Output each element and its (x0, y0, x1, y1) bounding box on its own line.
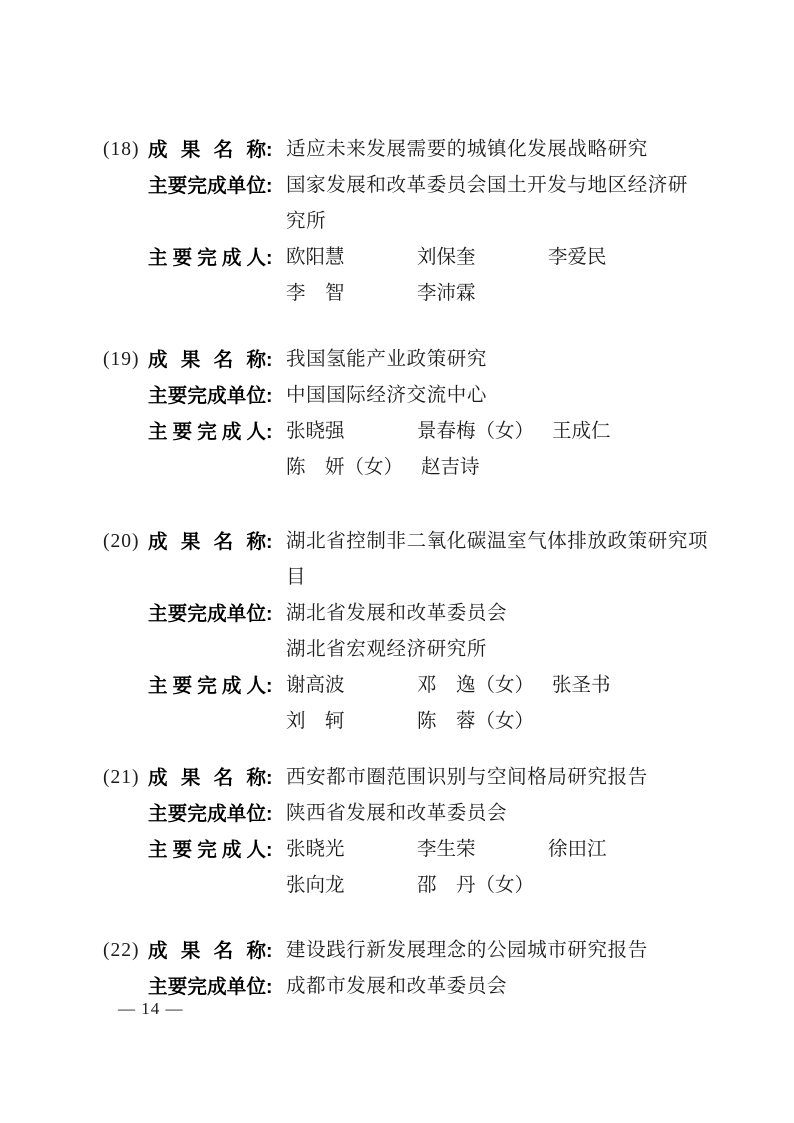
unit-row: 主要完成单位: 成都市发展和改革委员会 (103, 969, 734, 1005)
people-row-group: 主要完成人: 张晓光 李生荣 徐田江 张向龙 邵 丹（女） (103, 832, 734, 904)
unit-row: 主要完成单位: 湖北省发展和改革委员会 湖北省宏观经济研究所 (103, 596, 734, 668)
label-colon: : (266, 342, 273, 378)
person-name: 欧阳慧 (286, 240, 399, 276)
entry-number: (19) (103, 342, 148, 378)
person-name: 李沛霖 (417, 276, 530, 312)
achievement-entry-18: (18) 成果名称: 适应未来发展需要的城镇化发展战略研究 主要完成单位: 国家… (103, 132, 734, 312)
people-line: 陈 妍（女） 赵吉诗 (286, 450, 734, 486)
unit-row: 主要完成单位: 中国国际经济交流中心 (103, 378, 734, 414)
people-value: 张晓光 李生荣 徐田江 张向龙 邵 丹（女） (286, 832, 734, 904)
person-name: 张向龙 (286, 868, 399, 904)
title-line: 西安都市圈范围识别与空间格局研究报告 (286, 760, 734, 796)
field-label-people: 主要完成人: (148, 414, 286, 450)
title-line: 湖北省控制非二氧化碳温室气体排放政策研究项 (286, 524, 734, 560)
field-label-name: 成果名称: (148, 132, 286, 168)
field-label-people: 主要完成人: (148, 668, 286, 704)
achievement-entry-21: (21) 成果名称: 西安都市圈范围识别与空间格局研究报告 主要完成单位: 陕西… (103, 760, 734, 904)
field-label-unit: 主要完成单位: (148, 378, 286, 414)
title-value: 我国氢能产业政策研究 (286, 342, 734, 378)
people-line: 张晓光 李生荣 徐田江 (286, 832, 734, 868)
title-value: 湖北省控制非二氧化碳温室气体排放政策研究项 目 (286, 524, 734, 596)
label-colon: : (266, 796, 273, 832)
title-value: 西安都市圈范围识别与空间格局研究报告 (286, 760, 734, 796)
title-row: (22) 成果名称: 建设践行新发展理念的公园城市研究报告 (103, 933, 734, 969)
person-name: 李爱民 (548, 240, 661, 276)
field-label-people: 主要完成人: (148, 240, 286, 276)
label-colon: : (266, 969, 273, 1005)
title-line: 建设践行新发展理念的公园城市研究报告 (286, 933, 734, 969)
unit-row: 主要完成单位: 国家发展和改革委员会国土开发与地区经济研 究所 (103, 168, 734, 240)
label-colon: : (266, 596, 273, 632)
unit-value: 成都市发展和改革委员会 (286, 969, 734, 1005)
label-colon: : (266, 414, 273, 450)
field-label-name: 成果名称: (148, 933, 286, 969)
person-name: 徐田江 (548, 832, 661, 868)
entry-number: (18) (103, 132, 148, 168)
person-name: 邓 逸（女） (417, 668, 534, 704)
unit-value: 国家发展和改革委员会国土开发与地区经济研 究所 (286, 168, 734, 240)
people-value: 欧阳慧 刘保奎 李爱民 李 智 李沛霖 (286, 240, 734, 312)
field-label-unit: 主要完成单位: (148, 596, 286, 632)
title-line: 目 (286, 560, 734, 596)
people-row-group: 主要完成人: 谢高波 邓 逸（女） 张圣书 刘 轲 陈 蓉（女） (103, 668, 734, 740)
achievement-entry-19: (19) 成果名称: 我国氢能产业政策研究 主要完成单位: 中国国际经济交流中心… (103, 342, 734, 486)
unit-value: 陕西省发展和改革委员会 (286, 796, 734, 832)
field-label-people: 主要完成人: (148, 832, 286, 868)
people-line: 欧阳慧 刘保奎 李爱民 (286, 240, 734, 276)
unit-line: 究所 (286, 204, 734, 240)
person-name: 赵吉诗 (421, 450, 534, 486)
label-colon: : (266, 132, 273, 168)
person-name: 李生荣 (417, 832, 530, 868)
unit-line: 中国国际经济交流中心 (286, 378, 734, 414)
person-name: 张晓强 (286, 414, 399, 450)
label-colon: : (266, 378, 273, 414)
person-name: 邵 丹（女） (417, 868, 534, 904)
people-line: 刘 轲 陈 蓉（女） (286, 704, 734, 740)
label-colon: : (266, 668, 273, 704)
field-label-unit: 主要完成单位: (148, 168, 286, 204)
entry-number: (22) (103, 933, 148, 969)
people-line: 张向龙 邵 丹（女） (286, 868, 734, 904)
title-row: (19) 成果名称: 我国氢能产业政策研究 (103, 342, 734, 378)
field-label-name: 成果名称: (148, 342, 286, 378)
title-row: (21) 成果名称: 西安都市圈范围识别与空间格局研究报告 (103, 760, 734, 796)
people-row-group: 主要完成人: 张晓强 景春梅（女） 王成仁 陈 妍（女） 赵吉诗 (103, 414, 734, 486)
people-value: 谢高波 邓 逸（女） 张圣书 刘 轲 陈 蓉（女） (286, 668, 734, 740)
person-name: 陈 蓉（女） (417, 704, 534, 740)
title-line: 我国氢能产业政策研究 (286, 342, 734, 378)
field-label-unit: 主要完成单位: (148, 796, 286, 832)
title-row: (18) 成果名称: 适应未来发展需要的城镇化发展战略研究 (103, 132, 734, 168)
unit-value: 湖北省发展和改革委员会 湖北省宏观经济研究所 (286, 596, 734, 668)
entry-number: (21) (103, 760, 148, 796)
unit-line: 湖北省发展和改革委员会 (286, 596, 734, 632)
label-colon: : (266, 168, 273, 204)
people-value: 张晓强 景春梅（女） 王成仁 陈 妍（女） 赵吉诗 (286, 414, 734, 486)
label-colon: : (266, 240, 273, 276)
label-colon: : (266, 524, 273, 560)
title-row: (20) 成果名称: 湖北省控制非二氧化碳温室气体排放政策研究项 目 (103, 524, 734, 596)
person-name: 王成仁 (552, 414, 665, 450)
label-colon: : (266, 832, 273, 868)
document-page: (18) 成果名称: 适应未来发展需要的城镇化发展战略研究 主要完成单位: 国家… (0, 0, 794, 1123)
person-name: 陈 妍（女） (286, 450, 403, 486)
person-name: 李 智 (286, 276, 399, 312)
field-label-name: 成果名称: (148, 524, 286, 560)
achievement-entry-22: (22) 成果名称: 建设践行新发展理念的公园城市研究报告 主要完成单位: 成都… (103, 933, 734, 1005)
unit-value: 中国国际经济交流中心 (286, 378, 734, 414)
title-value: 适应未来发展需要的城镇化发展战略研究 (286, 132, 734, 168)
achievement-entry-20: (20) 成果名称: 湖北省控制非二氧化碳温室气体排放政策研究项 目 主要完成单… (103, 524, 734, 740)
entry-number: (20) (103, 524, 148, 560)
people-line: 李 智 李沛霖 (286, 276, 734, 312)
unit-line: 陕西省发展和改革委员会 (286, 796, 734, 832)
unit-line: 成都市发展和改革委员会 (286, 969, 734, 1005)
unit-row: 主要完成单位: 陕西省发展和改革委员会 (103, 796, 734, 832)
unit-line: 湖北省宏观经济研究所 (286, 632, 734, 668)
person-name: 刘 轲 (286, 704, 399, 740)
person-name: 景春梅（女） (417, 414, 534, 450)
label-colon: : (266, 760, 273, 796)
title-value: 建设践行新发展理念的公园城市研究报告 (286, 933, 734, 969)
field-label-name: 成果名称: (148, 760, 286, 796)
label-colon: : (266, 933, 273, 969)
people-line: 张晓强 景春梅（女） 王成仁 (286, 414, 734, 450)
page-number: — 14 — (118, 1000, 184, 1018)
people-row-group: 主要完成人: 欧阳慧 刘保奎 李爱民 李 智 李沛霖 (103, 240, 734, 312)
person-name: 刘保奎 (417, 240, 530, 276)
person-name: 张晓光 (286, 832, 399, 868)
unit-line: 国家发展和改革委员会国土开发与地区经济研 (286, 168, 734, 204)
person-name: 张圣书 (552, 668, 665, 704)
people-line: 谢高波 邓 逸（女） 张圣书 (286, 668, 734, 704)
person-name: 谢高波 (286, 668, 399, 704)
title-line: 适应未来发展需要的城镇化发展战略研究 (286, 132, 734, 168)
